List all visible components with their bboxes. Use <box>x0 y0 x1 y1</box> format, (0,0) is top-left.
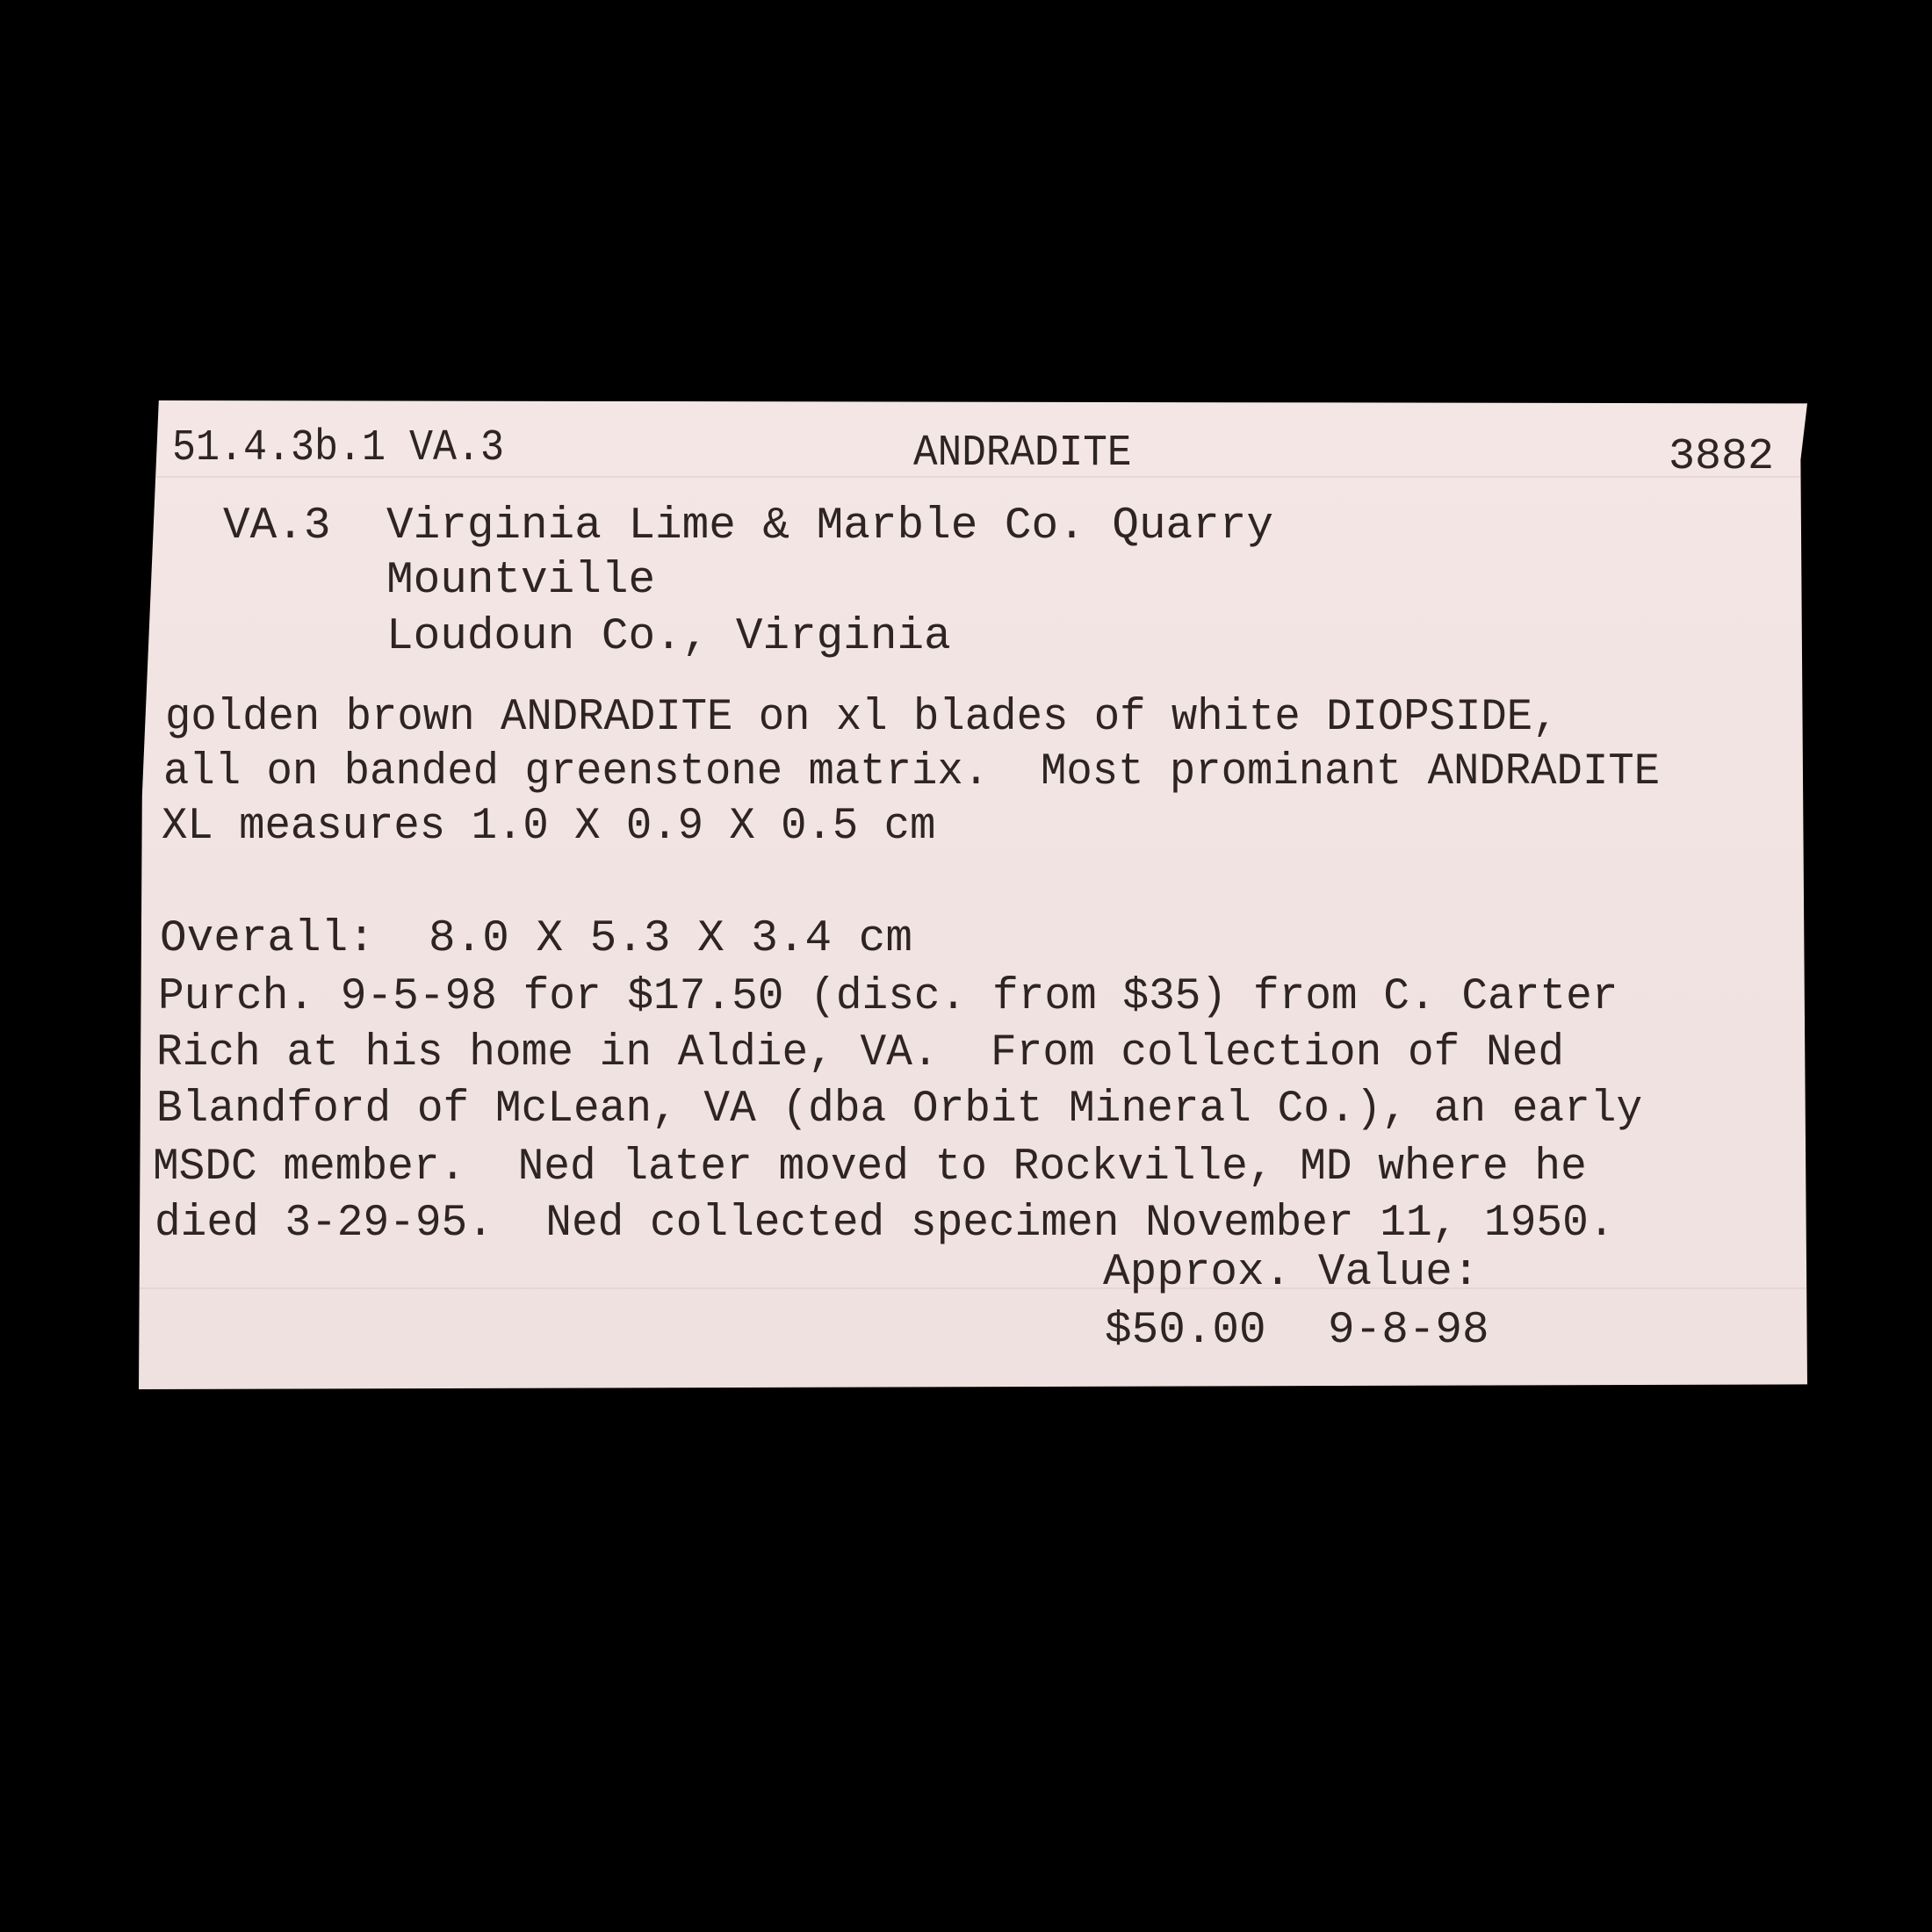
approx-value-label: Approx. Value: <box>1103 1251 1479 1295</box>
description-line: all on banded greenstone matrix. Most pr… <box>163 750 1660 795</box>
overall-dimensions: Overall: 8.0 X 5.3 X 3.4 cm <box>160 917 912 962</box>
specimen-label-card: 51.4.3b.1 VA.3 ANDRADITE 3882 VA.3 Virgi… <box>139 400 1807 1389</box>
species-title: ANDRADITE <box>913 432 1131 476</box>
locality-code: VA.3 <box>223 504 330 549</box>
history-line: Purch. 9-5-98 for $17.50 (disc. from $35… <box>158 975 1618 1020</box>
specimen-number: 3882 <box>1669 436 1774 479</box>
locality-site: Virginia Lime & Marble Co. Quarry <box>386 504 1273 549</box>
description-line: XL measures 1.0 X 0.9 X 0.5 cm <box>162 804 935 849</box>
history-line: MSDC member. Ned later moved to Rockvill… <box>153 1145 1587 1190</box>
approx-value-date: 9-8-98 <box>1328 1308 1489 1353</box>
locality-county-state: Loudoun Co., Virginia <box>386 615 951 660</box>
paper-crease <box>139 1287 1807 1289</box>
history-line: Rich at his home in Aldie, VA. From coll… <box>156 1031 1564 1076</box>
description-line: golden brown ANDRADITE on xl blades of w… <box>165 696 1559 740</box>
catalog-code: 51.4.3b.1 VA.3 <box>172 427 504 471</box>
locality-town: Mountville <box>386 559 655 603</box>
history-line: Blandford of McLean, VA (dba Orbit Miner… <box>156 1087 1642 1132</box>
approx-value-amount: $50.00 <box>1105 1308 1266 1353</box>
history-line: died 3-29-95. Ned collected specimen Nov… <box>155 1201 1614 1246</box>
